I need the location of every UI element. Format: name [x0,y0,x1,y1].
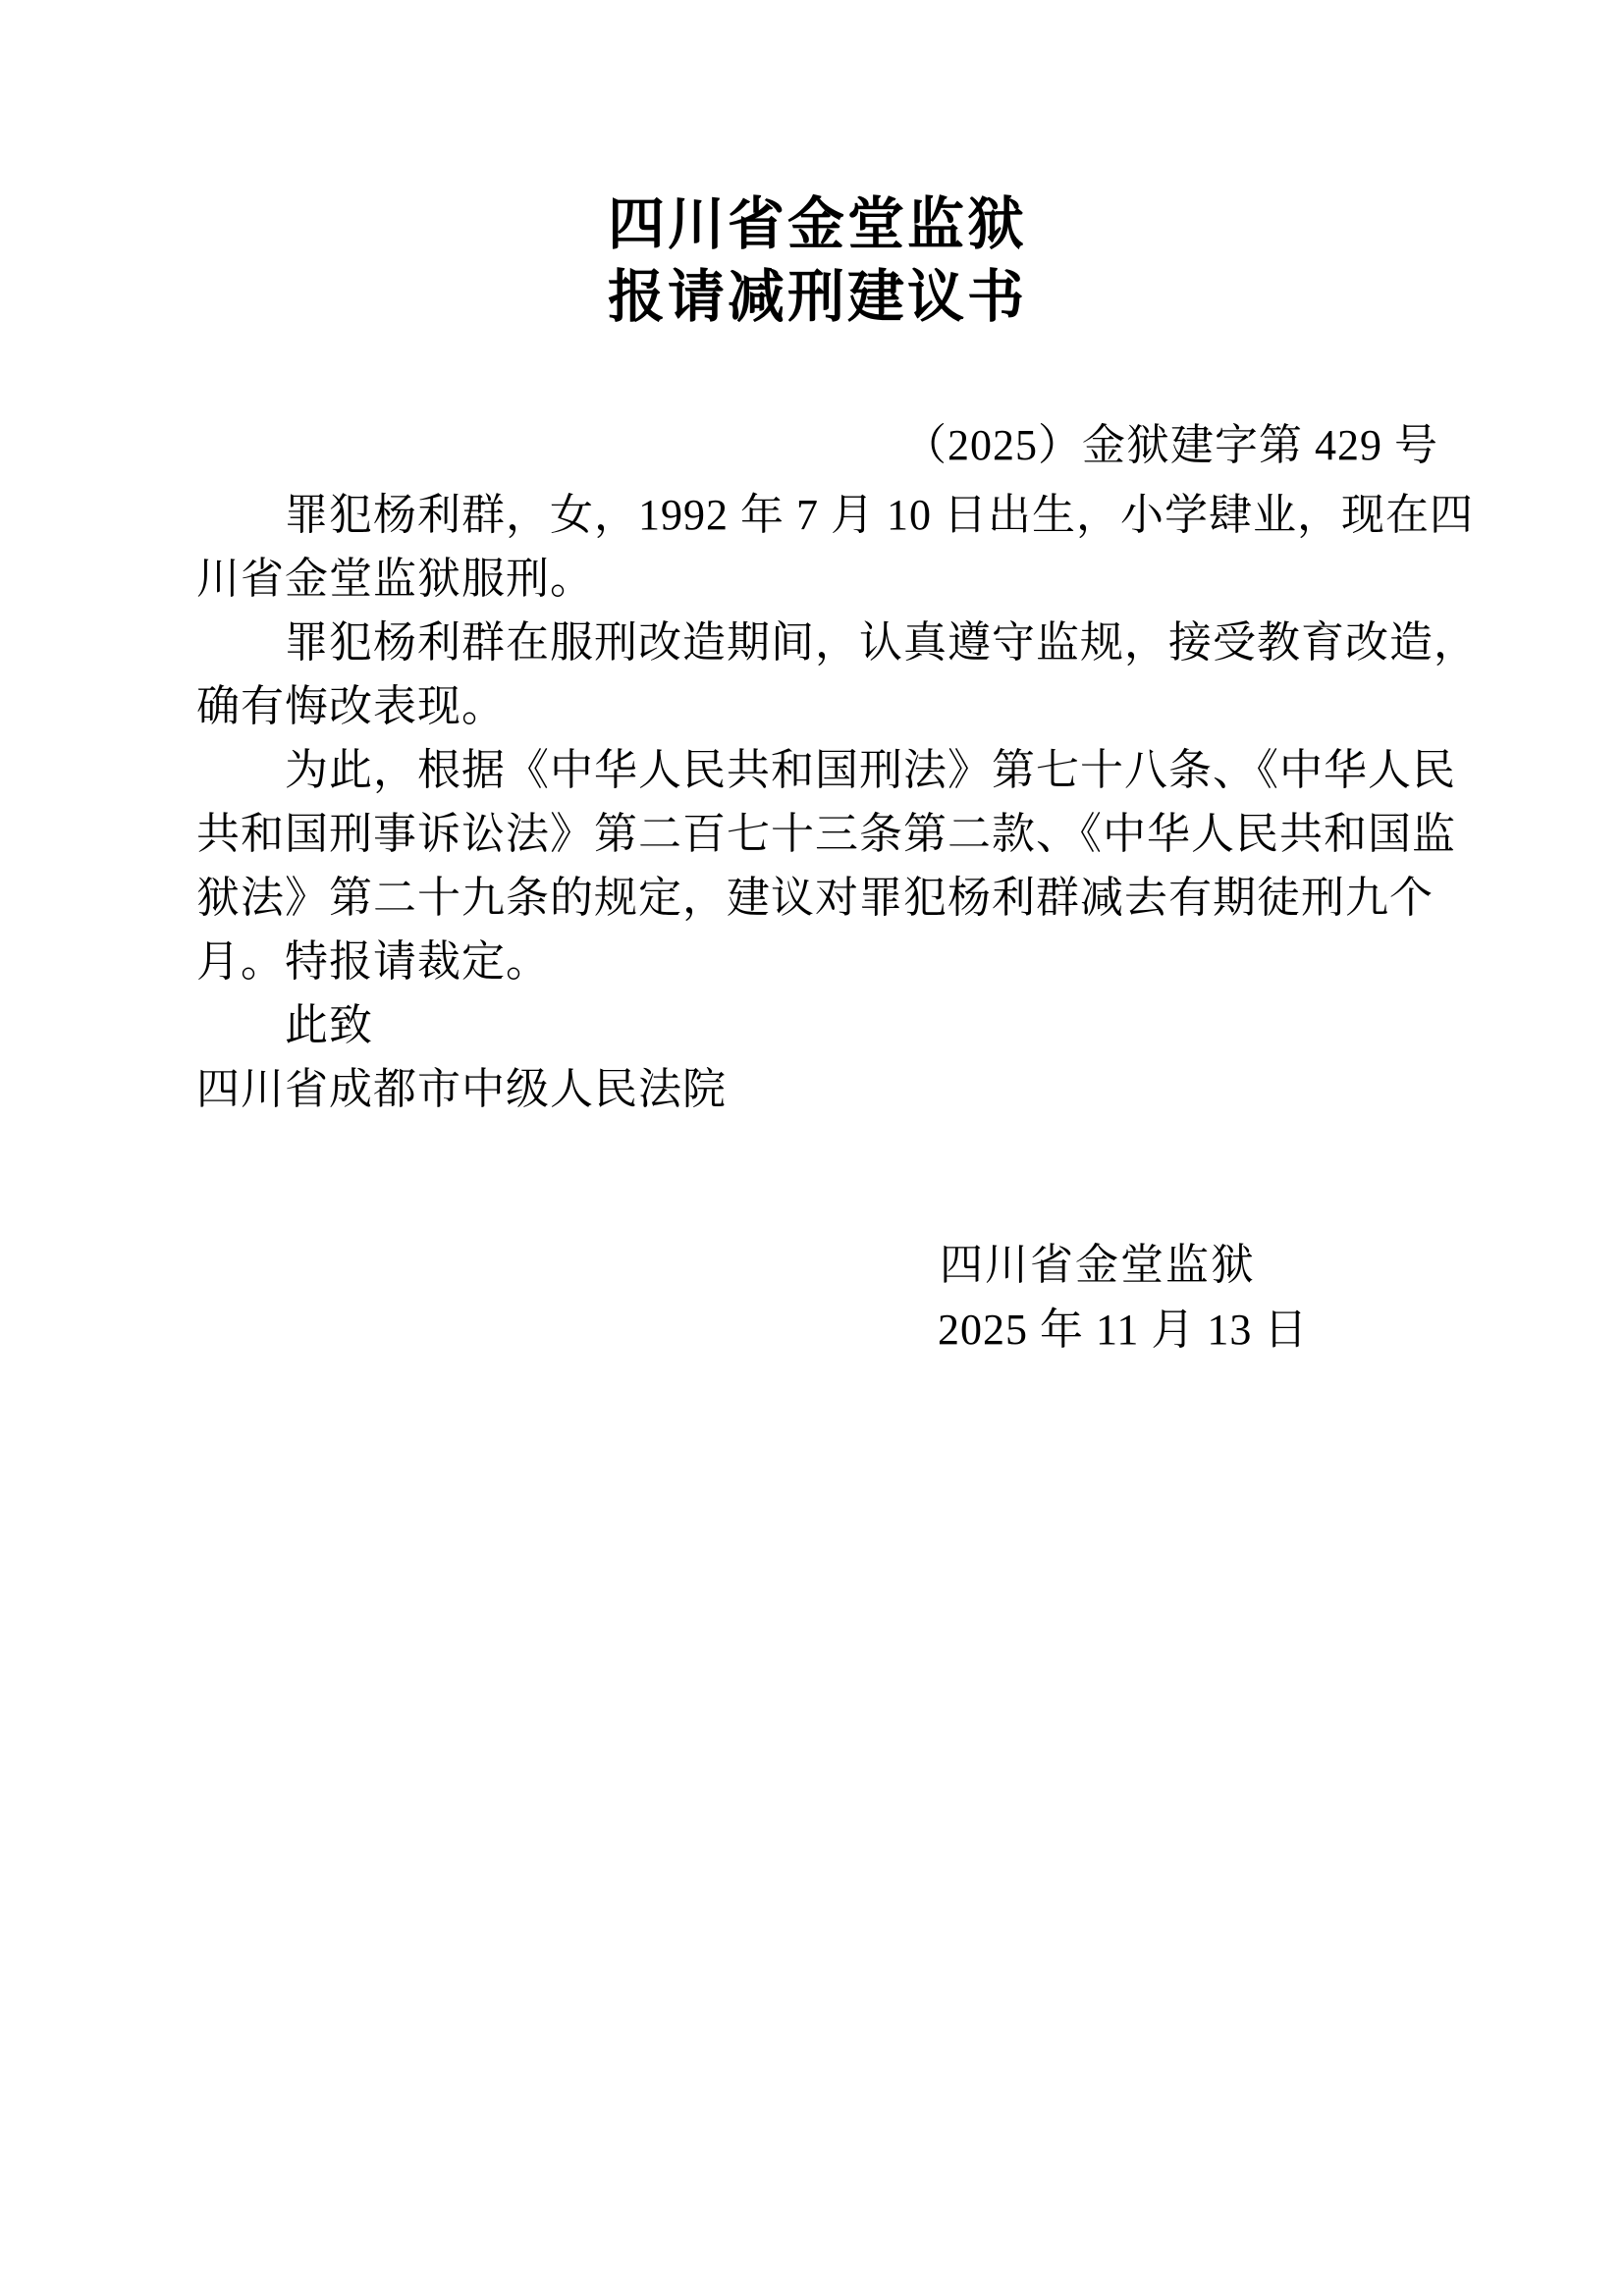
body-line: 确有悔改表现。 [196,674,1502,738]
signature-date: 2025 年 11 月 13 日 [938,1298,1308,1362]
document-title: 四川省金堂监狱 报请减刑建议书 [196,188,1438,334]
document-page: 四川省金堂监狱 报请减刑建议书 （2025）金狱建字第 429 号 罪犯杨利群，… [0,0,1624,2296]
signature-org: 四川省金堂监狱 [940,1233,1256,1297]
body-line: 四川省成都市中级人民法院 [196,1057,1502,1121]
body-line: 月。特报请裁定。 [196,930,1502,993]
document-body: 罪犯杨利群，女，1992 年 7 月 10 日出生，小学肆业，现在四 川省金堂监… [196,483,1502,1121]
body-line: 狱法》第二十九条的规定，建议对罪犯杨利群减去有期徒刑九个 [196,866,1502,930]
body-line: 罪犯杨利群在服刑改造期间，认真遵守监规，接受教育改造， [196,611,1502,674]
body-line: 川省金堂监狱服刑。 [196,547,1502,611]
body-line: 共和国刑事诉讼法》第二百七十三条第二款、《中华人民共和国监 [196,802,1502,866]
body-line: 罪犯杨利群，女，1992 年 7 月 10 日出生，小学肆业，现在四 [196,483,1502,547]
body-line: 此致 [196,993,1502,1057]
document-number: （2025）金狱建字第 429 号 [196,416,1438,475]
title-line-2: 报请减刑建议书 [196,261,1438,334]
title-line-1: 四川省金堂监狱 [196,188,1438,261]
body-line: 为此，根据《中华人民共和国刑法》第七十八条、《中华人民 [196,738,1502,802]
